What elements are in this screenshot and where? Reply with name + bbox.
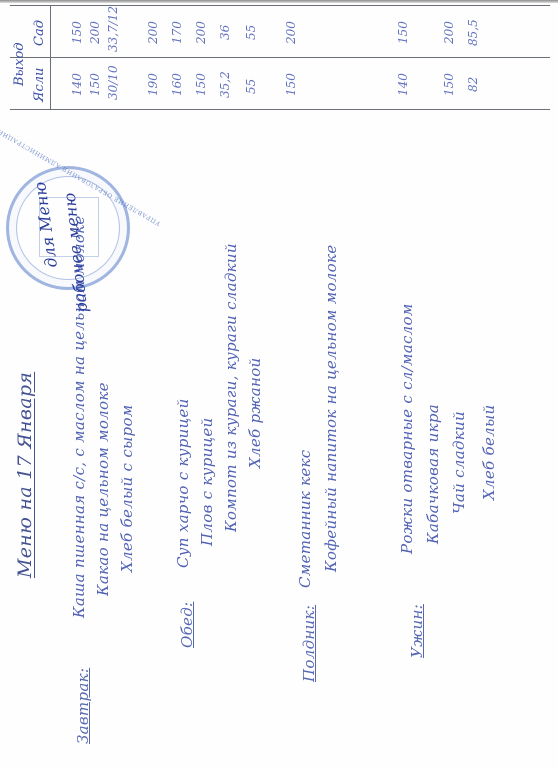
breakfast-item-2: Какао на цельном молоке (94, 382, 112, 596)
lunch-item-1: Суп харчо с курицей (174, 398, 192, 568)
table-left-border (10, 109, 550, 110)
dinner-item-2: Кабачковая икра (424, 404, 442, 544)
lunch-4-nursery: 35,2 (218, 71, 232, 98)
lunch-2-garden: 170 (170, 21, 184, 44)
breakfast-2-garden: 200 (88, 21, 102, 44)
breakfast-item-3: Хлеб белый с сыром (118, 404, 136, 572)
breakfast-item-1: Каша пшенная с/с, с маслом на цельном мо… (70, 215, 88, 618)
dinner-1-nursery: 140 (396, 73, 410, 96)
table-header-divider (50, 6, 51, 110)
lunch-item-2: Плов с курицей (198, 418, 216, 546)
dinner-1-garden: 150 (396, 21, 410, 44)
menu-page: Меню на 17 Января УПРАВЛЕНИЕ ОБРАЗОВАНИЯ… (0, 0, 558, 768)
snack-1-garden: 200 (284, 21, 298, 44)
scanned-document: Меню на 17 Января УПРАВЛЕНИЕ ОБРАЗОВАНИЯ… (0, 0, 558, 768)
dinner-3-nursery: 150 (442, 73, 456, 96)
lunch-item-3: Компот из кураги, кураги сладкий (222, 243, 240, 532)
lunch-item-4: Хлеб ржаной (246, 358, 264, 469)
lunch-1-garden: 200 (146, 21, 160, 44)
breakfast-3-garden: 33,7/12 (106, 6, 120, 52)
meal-label-dinner: Ужин: (408, 604, 426, 658)
lunch-5-garden: 55 (244, 25, 258, 40)
lunch-5-nursery: 55 (244, 79, 258, 94)
table-middle-border (10, 57, 550, 58)
dinner-item-3: Чай сладкий (450, 411, 468, 514)
breakfast-3-nursery: 30/10 (106, 65, 120, 100)
dinner-item-1: Рожки отварные с сл/маслом (398, 303, 416, 554)
lunch-1-nursery: 190 (146, 73, 160, 96)
snack-item-2: Кофейный напиток на цельном молоке (322, 245, 340, 572)
snack-1-nursery: 150 (284, 73, 298, 96)
breakfast-2-nursery: 150 (88, 73, 102, 96)
lunch-3-nursery: 150 (194, 73, 208, 96)
table-header-garden: Сад (32, 20, 47, 46)
lunch-2-nursery: 160 (170, 73, 184, 96)
meal-label-lunch: Обед: (178, 602, 196, 648)
dinner-3-garden: 200 (442, 21, 456, 44)
breakfast-1-nursery: 140 (70, 73, 84, 96)
breakfast-1-garden: 150 (70, 21, 84, 44)
lunch-3-garden: 200 (194, 21, 208, 44)
dinner-4-garden: 85,5 (466, 19, 480, 46)
page-title: Меню на 17 Января (14, 372, 36, 578)
dinner-4-nursery: 82 (466, 77, 480, 92)
table-right-border (10, 5, 550, 6)
dinner-item-4: Хлеб белый (480, 405, 498, 501)
table-header-nursery: Ясли (32, 68, 47, 102)
snack-item-1: Сметанник кекс (296, 450, 314, 589)
table-header-output: Выход (12, 42, 27, 86)
lunch-4-garden: 36 (218, 25, 232, 40)
meal-label-breakfast: Завтрак: (74, 668, 92, 744)
meal-label-snack: Полдник: (300, 605, 318, 682)
